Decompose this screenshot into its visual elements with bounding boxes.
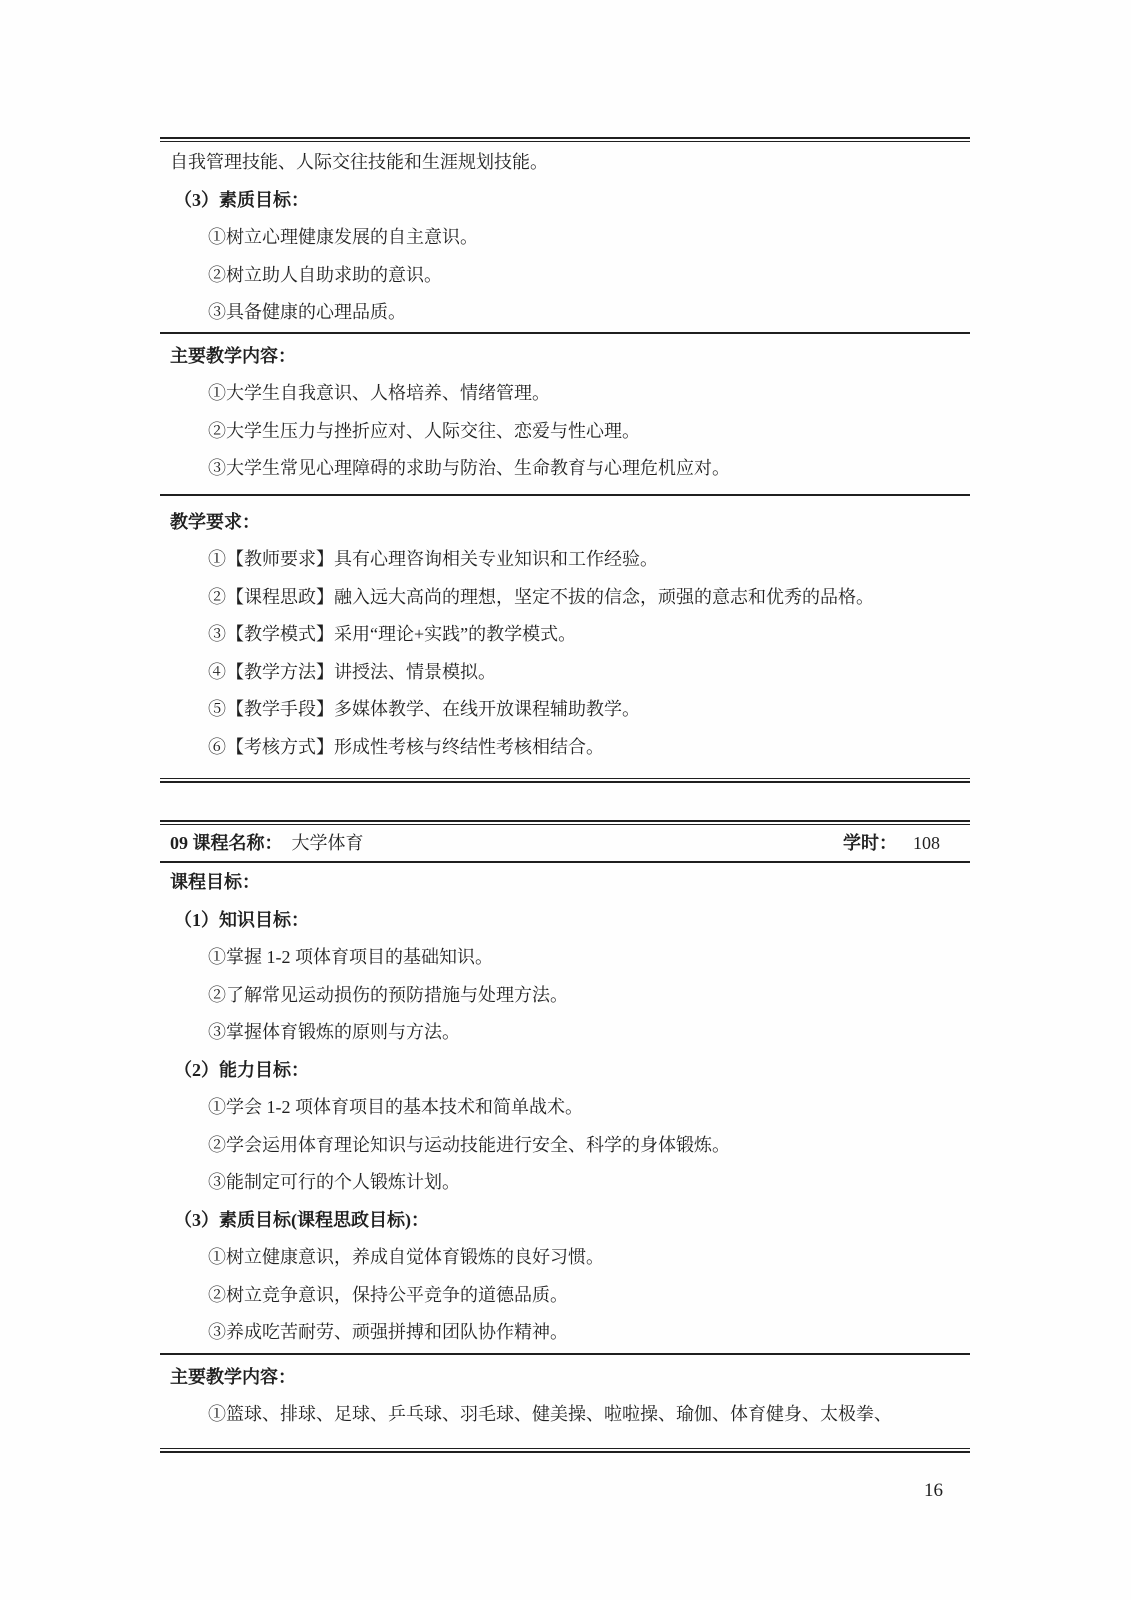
teaching-content-item: ①大学生自我意识、人格培养、情绪管理。 <box>160 375 970 413</box>
pe-quality-goal-heading: （3）素质目标(课程思政目标)： <box>160 1202 970 1240</box>
pe-teaching-content-heading: 主要教学内容： <box>160 1359 970 1397</box>
ability-goal-item: ③能制定可行的个人锻炼计划。 <box>160 1164 970 1202</box>
pe-quality-goal-item: ①树立健康意识，养成自觉体育锻炼的良好习惯。 <box>160 1239 970 1277</box>
pe-quality-goal-item: ②树立竞争意识，保持公平竞争的道德品质。 <box>160 1277 970 1315</box>
ability-goal-item: ①学会 1-2 项体育项目的基本技术和简单战术。 <box>160 1089 970 1127</box>
hours-value: 108 <box>913 825 940 861</box>
knowledge-goal-item: ②了解常见运动损伤的预防措施与处理方法。 <box>160 977 970 1015</box>
teaching-requirement-item: ④【教学方法】讲授法、情景模拟。 <box>160 654 970 692</box>
ability-goal-item: ②学会运用体育理论知识与运动技能进行安全、科学的身体锻炼。 <box>160 1127 970 1165</box>
ability-goal-heading: （2）能力目标： <box>160 1052 970 1090</box>
quality-goal-item: ②树立助人自助求助的意识。 <box>160 257 970 295</box>
knowledge-goal-item: ①掌握 1-2 项体育项目的基础知识。 <box>160 939 970 977</box>
document-page: { "page": { "number": "16" }, "psych_sec… <box>0 0 1131 1600</box>
teaching-requirement-item: ⑥【考核方式】形成性考核与终结性考核相结合。 <box>160 729 970 767</box>
pe-teaching-content-row: 主要教学内容： ①篮球、排球、足球、乒乓球、羽毛球、健美操、啦啦操、瑜伽、体育健… <box>160 1355 970 1448</box>
continued-text: 自我管理技能、人际交往技能和生涯规划技能。 <box>160 144 970 182</box>
psych-course-table: 自我管理技能、人际交往技能和生涯规划技能。 （3）素质目标： ①树立心理健康发展… <box>160 137 970 783</box>
teaching-requirement-item: ①【教师要求】具有心理咨询相关专业知识和工作经验。 <box>160 541 970 579</box>
table-bottom-double-border <box>160 1448 970 1453</box>
knowledge-goal-heading: （1）知识目标： <box>160 902 970 940</box>
pe-course-table: 09 课程名称： 大学体育 学时： 108 课程目标： （1）知识目标： ①掌握… <box>160 820 970 1453</box>
teaching-content-heading: 主要教学内容： <box>160 338 970 376</box>
pe-objectives-row: 课程目标： （1）知识目标： ①掌握 1-2 项体育项目的基础知识。 ②了解常见… <box>160 863 970 1353</box>
course-objectives-heading: 课程目标： <box>160 864 970 902</box>
table-bottom-double-border <box>160 778 970 783</box>
quality-goal-item: ①树立心理健康发展的自主意识。 <box>160 219 970 257</box>
hours-label: 学时： <box>843 825 897 861</box>
course-number-label: 09 课程名称： <box>170 825 283 861</box>
course-header-row: 09 课程名称： 大学体育 学时： 108 <box>160 825 970 861</box>
course-name: 大学体育 <box>292 825 364 861</box>
page-number: 16 <box>924 1479 943 1503</box>
teaching-requirement-item: ③【教学模式】采用“理论+实践”的教学模式。 <box>160 616 970 654</box>
teaching-content-item: ③大学生常见心理障碍的求助与防治、生命教育与心理危机应对。 <box>160 450 970 488</box>
teaching-requirement-item: ⑤【教学手段】多媒体教学、在线开放课程辅助教学。 <box>160 691 970 729</box>
quality-goal-heading: （3）素质目标： <box>160 182 970 220</box>
teaching-content-item: ②大学生压力与挫折应对、人际交往、恋爱与性心理。 <box>160 413 970 451</box>
pe-teaching-content-item: ①篮球、排球、足球、乒乓球、羽毛球、健美操、啦啦操、瑜伽、体育健身、太极拳、 <box>160 1396 970 1434</box>
quality-goal-item: ③具备健康的心理品质。 <box>160 294 970 332</box>
pe-quality-goal-item: ③养成吃苦耐劳、顽强拼搏和团队协作精神。 <box>160 1314 970 1352</box>
knowledge-goal-item: ③掌握体育锻炼的原则与方法。 <box>160 1014 970 1052</box>
psych-teaching-content-row: 主要教学内容： ①大学生自我意识、人格培养、情绪管理。 ②大学生压力与挫折应对、… <box>160 334 970 494</box>
psych-teaching-requirements-row: 教学要求： ①【教师要求】具有心理咨询相关专业知识和工作经验。 ②【课程思政】融… <box>160 496 970 779</box>
psych-objectives-row: 自我管理技能、人际交往技能和生涯规划技能。 （3）素质目标： ①树立心理健康发展… <box>160 142 970 332</box>
teaching-requirements-heading: 教学要求： <box>160 504 970 542</box>
teaching-requirement-item: ②【课程思政】融入远大高尚的理想，坚定不拔的信念，顽强的意志和优秀的品格。 <box>160 579 970 617</box>
